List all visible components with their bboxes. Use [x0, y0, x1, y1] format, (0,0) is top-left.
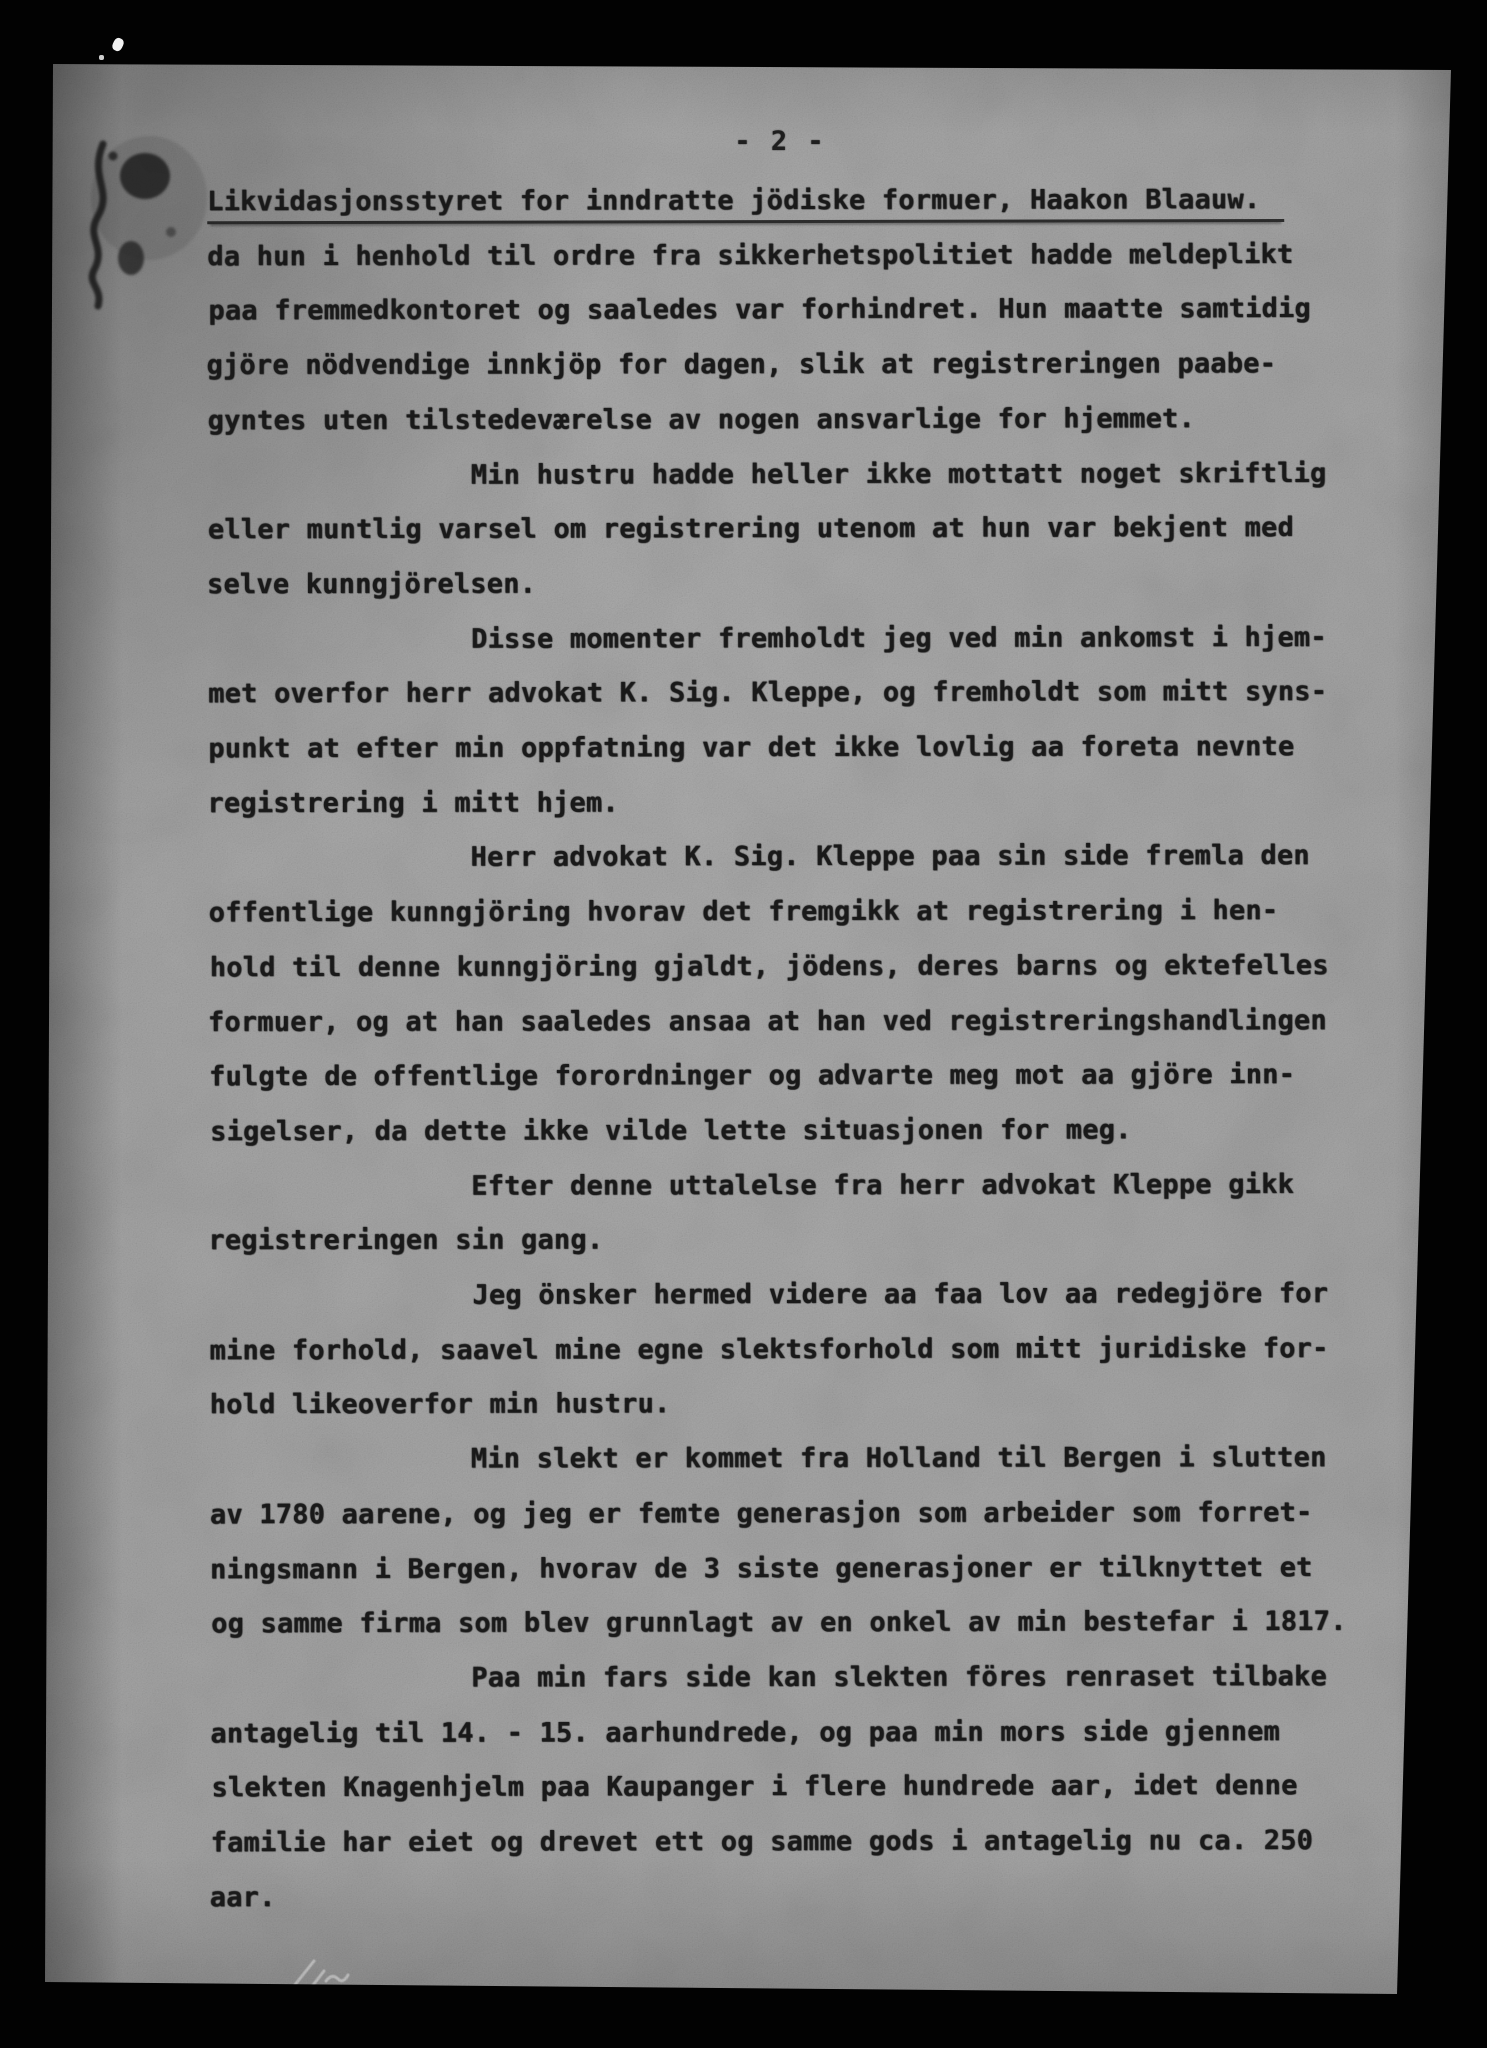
document-page: - 2 - Likvidasjonsstyret for inndratte j…: [45, 56, 1451, 1994]
text-line: Disse momenter fremholdt jeg ved min ank…: [471, 623, 1327, 655]
text-line: Min hustru hadde heller ikke mottatt nog…: [471, 458, 1327, 490]
text-line: met overfor herr advokat K. Sig. Kleppe,…: [208, 677, 1327, 709]
text-line: punkt at efter min oppfatning var det ik…: [208, 732, 1294, 764]
scan-speck: [111, 36, 126, 52]
text-line: av 1780 aarene, og jeg er femte generasj…: [210, 1498, 1313, 1530]
text-block: Likvidasjonsstyret for inndratte jödiske…: [207, 185, 1411, 1948]
text-line: mine forhold, saavel mine egne slektsfor…: [210, 1334, 1329, 1366]
text-line: paa fremmedkontoret og saaledes var forh…: [208, 294, 1311, 326]
ink-blot-mark: [71, 136, 211, 336]
text-line: hold likeoverfor min hustru.: [210, 1390, 671, 1421]
heading-underline: Likvidasjonsstyret for inndratte jödiske…: [207, 185, 1284, 224]
text-line: aar.: [210, 1883, 276, 1913]
text-line: formuer, og at han saaledes ansaa at han…: [208, 1006, 1327, 1038]
scan-speck: [99, 55, 104, 60]
text-line: da hun i henhold til ordre fra sikkerhet…: [207, 240, 1293, 272]
text-line: Efter denne uttalelse fra herr advokat K…: [471, 1170, 1294, 1202]
text-line: slekten Knagenhjelm paa Kaupanger i fler…: [211, 1771, 1297, 1803]
page-number: - 2 -: [695, 126, 865, 157]
text-line: antagelig til 14. - 15. aarhundrede, og …: [210, 1717, 1280, 1749]
text-line: Herr advokat K. Sig. Kleppe paa sin side…: [471, 841, 1310, 873]
scanned-document: - 2 - Likvidasjonsstyret for inndratte j…: [0, 0, 1487, 2048]
document-heading: Likvidasjonsstyret for inndratte jödiske…: [207, 185, 1284, 224]
text-line: gjöre nödvendige innkjöp for dagen, slik…: [207, 349, 1277, 381]
text-line: familie har eiet og drevet ett og samme …: [211, 1826, 1314, 1858]
text-line: selve kunngjörelsen.: [207, 570, 536, 601]
text-line: registrering i mitt hjem.: [207, 788, 618, 819]
text-line: eller muntlig varsel om registrering ute…: [208, 513, 1294, 545]
text-line: gyntes uten tilstedeværelse av nogen ans…: [208, 404, 1195, 436]
text-line: Paa min fars side kan slekten föres renr…: [471, 1662, 1327, 1693]
text-line: Min slekt er kommet fra Holland til Berg…: [471, 1443, 1327, 1474]
text-line: fulgte de offentlige forordninger og adv…: [209, 1060, 1295, 1092]
scan-scratch-mark: [280, 1951, 370, 1996]
text-line: og samme firma som blev grunnlagt av en …: [211, 1607, 1346, 1639]
text-line: sigelser, da dette ikke vilde lette situ…: [210, 1115, 1132, 1147]
text-line: registreringen sin gang.: [208, 1226, 603, 1257]
text-line: ningsmann i Bergen, hvorav de 3 siste ge…: [210, 1552, 1313, 1584]
text-line: Jeg önsker hermed videre aa faa lov aa r…: [472, 1279, 1328, 1311]
text-line: offentlige kunngjöring hvorav det fremgi…: [209, 896, 1279, 928]
text-line: hold til denne kunngjöring gjaldt, jöden…: [210, 951, 1329, 983]
